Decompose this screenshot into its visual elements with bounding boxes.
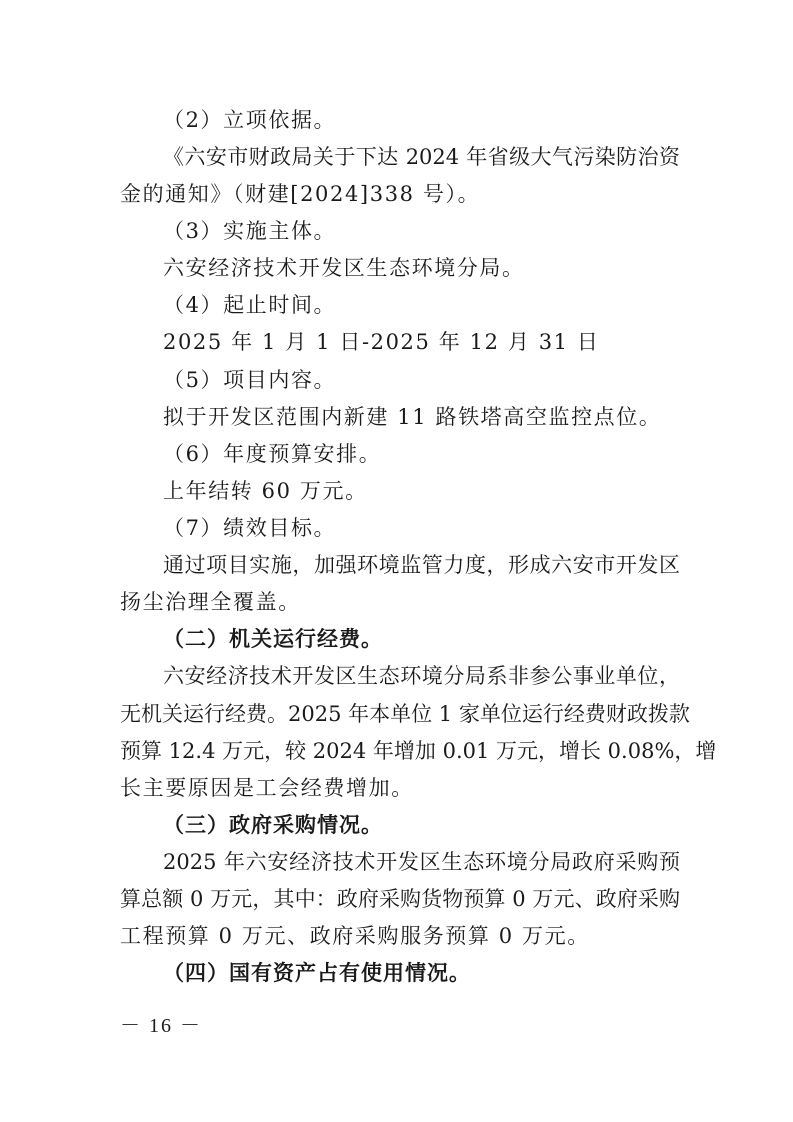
paragraph-line: 六安经济技术开发区生态环境分局。 [163, 254, 680, 282]
section-heading-procurement: （三）政府采购情况。 [163, 811, 680, 839]
section-heading-operating-expenses: （二）机关运行经费。 [163, 625, 680, 653]
paragraph-line: 算总额 0 万元，其中：政府采购货物预算 0 万元、政府采购 [120, 885, 680, 913]
subheading-performance-goal: （7）绩效目标。 [163, 514, 680, 542]
page-number: － 16 － [120, 1013, 202, 1039]
paragraph-line: 上年结转 60 万元。 [163, 477, 680, 505]
paragraph-line: 六安经济技术开发区生态环境分局系非参公事业单位， [163, 662, 680, 690]
paragraph-line: 长主要原因是工会经费增加。 [120, 774, 680, 802]
section-heading-state-assets: （四）国有资产占有使用情况。 [163, 959, 680, 987]
paragraph-line: 2025 年六安经济技术开发区生态环境分局政府采购预 [163, 848, 680, 876]
document-page: （2）立项依据。 《六安市财政局关于下达 2024 年省级大气污染防治资 金的通… [0, 0, 793, 1122]
subheading-project-basis: （2）立项依据。 [163, 106, 680, 134]
paragraph-line: 通过项目实施，加强环境监管力度，形成六安市开发区 [163, 551, 680, 579]
subheading-period: （4）起止时间。 [163, 291, 680, 319]
paragraph-line: 《六安市财政局关于下达 2024 年省级大气污染防治资 [163, 143, 680, 171]
paragraph-line: 无机关运行经费。2025 年本单位 1 家单位运行经费财政拨款 [120, 700, 680, 728]
paragraph-line: 扬尘治理全覆盖。 [120, 588, 680, 616]
paragraph-line: 预算 12.4 万元，较 2024 年增加 0.01 万元，增长 0.08%，增 [120, 737, 680, 765]
paragraph-line: 2025 年 1 月 1 日-2025 年 12 月 31 日 [163, 328, 680, 356]
paragraph-line: 金的通知》（财建[2024]338 号）。 [120, 180, 680, 208]
subheading-project-content: （5）项目内容。 [163, 366, 680, 394]
subheading-implementer: （3）实施主体。 [163, 217, 680, 245]
paragraph-line: 拟于开发区范围内新建 11 路铁塔高空监控点位。 [163, 403, 680, 431]
paragraph-line: 工程预算 0 万元、政府采购服务预算 0 万元。 [120, 922, 680, 950]
subheading-annual-budget: （6）年度预算安排。 [163, 440, 680, 468]
